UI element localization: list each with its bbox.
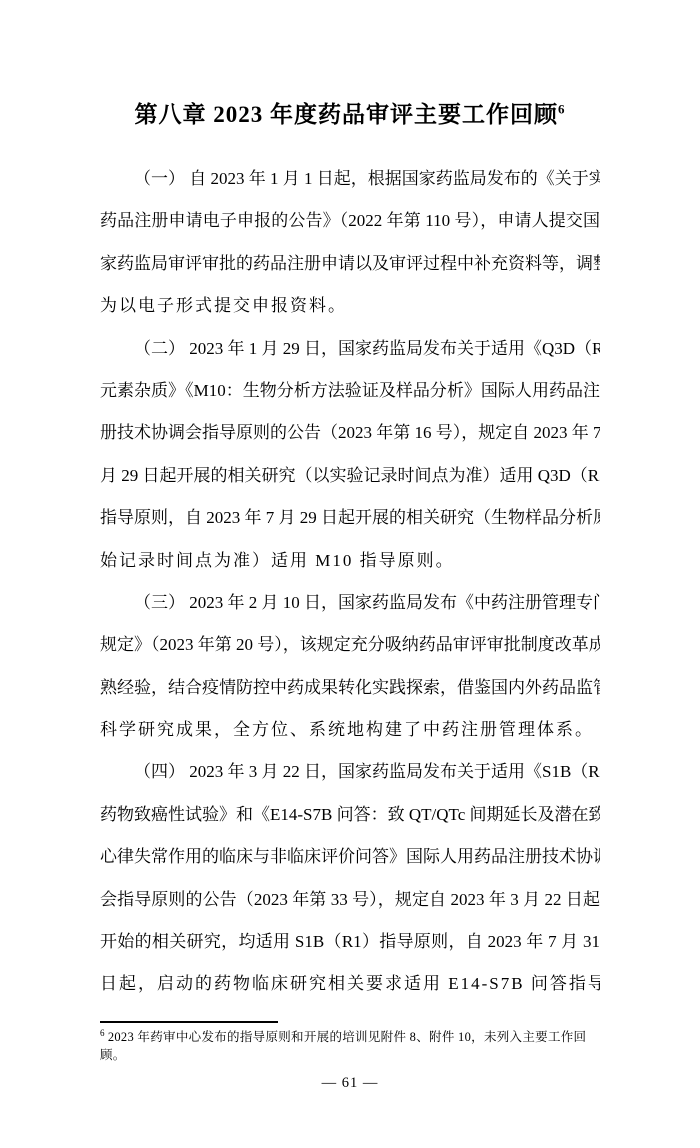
page-number: — 61 — (0, 1075, 700, 1092)
document-body: （一） 自 2023 年 1 月 1 日起，根据国家药监局发布的《关于实施药品注… (100, 158, 600, 1006)
paragraph: （四） 2023 年 3 月 22 日，国家药监局发布关于适用《S1B（R1）：… (100, 751, 600, 1005)
paragraph: （一） 自 2023 年 1 月 1 日起，根据国家药监局发布的《关于实施药品注… (100, 158, 600, 328)
text-line: 册技术协调会指导原则的公告（2023 年第 16 号），规定自 2023 年 7 (100, 412, 600, 454)
footnote: 62023 年药审中心发布的指导原则和开展的培训见附件 8、附件 10，未列入主… (100, 1028, 600, 1064)
paragraph: （二） 2023 年 1 月 29 日，国家药监局发布关于适用《Q3D（R2）：… (100, 328, 600, 582)
text-line: 心律失常作用的临床与非临床评价问答》国际人用药品注册技术协调 (100, 836, 600, 878)
text-line: 会指导原则的公告（2023 年第 33 号），规定自 2023 年 3 月 22… (100, 879, 600, 921)
footnote-separator (100, 1021, 278, 1023)
chapter-title: 第八章 2023 年度药品审评主要工作回顾6 (100, 98, 600, 132)
text-line: （四） 2023 年 3 月 22 日，国家药监局发布关于适用《S1B（R1）： (100, 751, 600, 793)
text-line: 家药监局审评审批的药品注册申请以及审评过程中补充资料等，调整 (100, 243, 600, 285)
text-line: 为以电子形式提交申报资料。 (100, 285, 600, 327)
footnote-marker: 6 (100, 1028, 105, 1038)
text-line: 月 29 日起开展的相关研究（以实验记录时间点为准）适用 Q3D（R2） (100, 455, 600, 497)
page-content: 第八章 2023 年度药品审评主要工作回顾6 （一） 自 2023 年 1 月 … (0, 0, 700, 1006)
text-line: （二） 2023 年 1 月 29 日，国家药监局发布关于适用《Q3D（R2）： (100, 328, 600, 370)
footnote-text: 2023 年药审中心发布的指导原则和开展的培训见附件 8、附件 10，未列入主要… (100, 1030, 586, 1062)
text-line: 始记录时间点为准）适用 M10 指导原则。 (100, 540, 600, 582)
footnote-reference: 6 (558, 101, 566, 116)
chapter-title-text: 第八章 2023 年度药品审评主要工作回顾 (135, 102, 559, 127)
text-line: 熟经验，结合疫情防控中药成果转化实践探索，借鉴国内外药品监管 (100, 667, 600, 709)
text-line: 元素杂质》《M10：生物分析方法验证及样品分析》国际人用药品注 (100, 370, 600, 412)
text-line: 药物致癌性试验》和《E14-S7B 问答：致 QT/QTc 间期延长及潜在致 (100, 794, 600, 836)
text-line: （三） 2023 年 2 月 10 日，国家药监局发布《中药注册管理专门 (100, 582, 600, 624)
text-line: 指导原则，自 2023 年 7 月 29 日起开展的相关研究（生物样品分析原 (100, 497, 600, 539)
text-line: 药品注册申请电子申报的公告》（2022 年第 110 号），申请人提交国 (100, 200, 600, 242)
text-line: 规定》（2023 年第 20 号），该规定充分吸纳药品审评审批制度改革成 (100, 624, 600, 666)
text-line: 开始的相关研究，均适用 S1B（R1）指导原则，自 2023 年 7 月 31 (100, 921, 600, 963)
paragraph: （三） 2023 年 2 月 10 日，国家药监局发布《中药注册管理专门规定》（… (100, 582, 600, 752)
text-line: 科学研究成果，全方位、系统地构建了中药注册管理体系。 (100, 709, 600, 751)
text-line: 日起，启动的药物临床研究相关要求适用 E14-S7B 问答指导原则。 (100, 963, 600, 1005)
text-line: （一） 自 2023 年 1 月 1 日起，根据国家药监局发布的《关于实施 (100, 158, 600, 200)
document-page: 第八章 2023 年度药品审评主要工作回顾6 （一） 自 2023 年 1 月 … (0, 0, 700, 1148)
